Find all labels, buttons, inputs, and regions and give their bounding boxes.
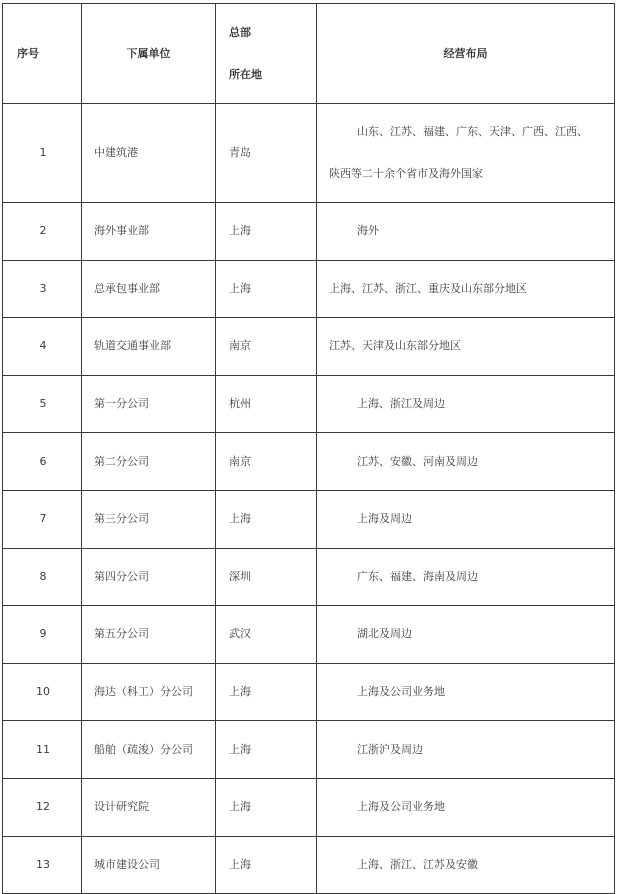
cell-hq: 武汉 <box>216 606 317 664</box>
cell-area: 江苏、安徽、河南及周边 <box>317 433 615 491</box>
index-text: 3 <box>38 282 47 296</box>
header-hq-line2: 所在地 <box>229 68 316 82</box>
table-header-row: 序号 下属单位 总部 所在地 经营布局 <box>3 4 615 104</box>
table-row: 9 第五分公司 武汉 湖北及周边 <box>3 606 615 664</box>
header-hq: 总部 所在地 <box>216 4 317 104</box>
cell-index: 6 <box>3 433 82 491</box>
index-text: 2 <box>38 224 47 238</box>
cell-unit: 海达（科工）分公司 <box>82 663 216 721</box>
cell-index: 1 <box>3 104 82 203</box>
cell-hq: 上海 <box>216 778 317 836</box>
cell-unit: 总承包事业部 <box>82 260 216 318</box>
index-text: 10 <box>34 685 50 699</box>
cell-unit: 中建筑港 <box>82 104 216 203</box>
area-text: 广东、福建、海南及周边 <box>329 570 478 583</box>
index-text: 12 <box>34 800 50 814</box>
cell-hq: 杭州 <box>216 375 317 433</box>
cell-area: 上海及周边 <box>317 490 615 548</box>
cell-unit: 第三分公司 <box>82 490 216 548</box>
cell-unit: 设计研究院 <box>82 778 216 836</box>
area-text: 江苏、天津及山东部分地区 <box>329 339 461 352</box>
cell-index: 7 <box>3 490 82 548</box>
cell-index: 2 <box>3 203 82 261</box>
table-row: 10 海达（科工）分公司 上海 上海及公司业务地 <box>3 663 615 721</box>
cell-unit: 轨道交通事业部 <box>82 318 216 376</box>
area-text: 上海及公司业务地 <box>329 800 445 813</box>
area-text: 江苏、安徽、河南及周边 <box>329 455 478 468</box>
cell-unit: 城市建设公司 <box>82 836 216 894</box>
cell-hq: 上海 <box>216 721 317 779</box>
cell-area: 上海、浙江及周边 <box>317 375 615 433</box>
cell-hq: 上海 <box>216 203 317 261</box>
index-text: 11 <box>34 743 50 757</box>
cell-area: 上海及公司业务地 <box>317 663 615 721</box>
cell-area: 上海、江苏、浙江、重庆及山东部分地区 <box>317 260 615 318</box>
area-text: 江浙沪及周边 <box>329 743 423 756</box>
index-text: 13 <box>34 858 50 872</box>
area-text: 上海、江苏、浙江、重庆及山东部分地区 <box>329 282 527 295</box>
area-text: 湖北及周边 <box>329 627 412 640</box>
table-row: 1 中建筑港 青岛 山东、江苏、福建、广东、天津、广西、江西、 陕西等二十余个省… <box>3 104 615 203</box>
table-row: 7 第三分公司 上海 上海及周边 <box>3 490 615 548</box>
area-text: 上海、浙江及周边 <box>329 397 445 410</box>
cell-unit: 第四分公司 <box>82 548 216 606</box>
cell-index: 9 <box>3 606 82 664</box>
table-row: 3 总承包事业部 上海 上海、江苏、浙江、重庆及山东部分地区 <box>3 260 615 318</box>
area-text: 海外 <box>329 224 379 237</box>
cell-hq: 上海 <box>216 490 317 548</box>
cell-index: 13 <box>3 836 82 894</box>
cell-hq: 上海 <box>216 663 317 721</box>
cell-area: 山东、江苏、福建、广东、天津、广西、江西、 陕西等二十余个省市及海外国家 <box>317 104 615 203</box>
table-row: 5 第一分公司 杭州 上海、浙江及周边 <box>3 375 615 433</box>
area-line2: 陕西等二十余个省市及海外国家 <box>329 167 614 181</box>
cell-index: 3 <box>3 260 82 318</box>
cell-hq: 南京 <box>216 433 317 491</box>
table-row: 11 船舶（疏浚）分公司 上海 江浙沪及周边 <box>3 721 615 779</box>
cell-area: 上海、浙江、江苏及安徽 <box>317 836 615 894</box>
index-text: 7 <box>38 512 47 526</box>
area-text: 上海及周边 <box>329 512 412 525</box>
index-text: 6 <box>38 455 47 469</box>
header-hq-line1: 总部 <box>229 26 316 40</box>
cell-area: 广东、福建、海南及周边 <box>317 548 615 606</box>
cell-index: 12 <box>3 778 82 836</box>
cell-area: 海外 <box>317 203 615 261</box>
cell-hq: 上海 <box>216 836 317 894</box>
table-row: 13 城市建设公司 上海 上海、浙江、江苏及安徽 <box>3 836 615 894</box>
table-row: 6 第二分公司 南京 江苏、安徽、河南及周边 <box>3 433 615 491</box>
subsidiaries-table: 序号 下属单位 总部 所在地 经营布局 1 中建筑港 青岛 山东、江苏、福建、广… <box>2 3 615 894</box>
cell-hq: 上海 <box>216 260 317 318</box>
cell-area: 江苏、天津及山东部分地区 <box>317 318 615 376</box>
cell-index: 11 <box>3 721 82 779</box>
cell-area: 上海及公司业务地 <box>317 778 615 836</box>
cell-area: 江浙沪及周边 <box>317 721 615 779</box>
cell-hq: 南京 <box>216 318 317 376</box>
cell-unit: 第二分公司 <box>82 433 216 491</box>
cell-unit: 第一分公司 <box>82 375 216 433</box>
index-text: 1 <box>38 146 47 160</box>
cell-index: 4 <box>3 318 82 376</box>
header-unit: 下属单位 <box>82 4 216 104</box>
header-index: 序号 <box>3 4 82 104</box>
cell-hq: 深圳 <box>216 548 317 606</box>
cell-index: 10 <box>3 663 82 721</box>
area-text: 上海及公司业务地 <box>329 685 445 698</box>
index-text: 8 <box>38 570 47 584</box>
table-row: 8 第四分公司 深圳 广东、福建、海南及周边 <box>3 548 615 606</box>
cell-index: 8 <box>3 548 82 606</box>
table-row: 12 设计研究院 上海 上海及公司业务地 <box>3 778 615 836</box>
area-line1: 山东、江苏、福建、广东、天津、广西、江西、 <box>329 125 614 139</box>
index-text: 4 <box>38 339 47 353</box>
cell-unit: 第五分公司 <box>82 606 216 664</box>
cell-hq: 青岛 <box>216 104 317 203</box>
area-text: 上海、浙江、江苏及安徽 <box>329 858 478 871</box>
table-row: 4 轨道交通事业部 南京 江苏、天津及山东部分地区 <box>3 318 615 376</box>
cell-unit: 船舶（疏浚）分公司 <box>82 721 216 779</box>
cell-area: 湖北及周边 <box>317 606 615 664</box>
cell-index: 5 <box>3 375 82 433</box>
table-row: 2 海外事业部 上海 海外 <box>3 203 615 261</box>
header-area: 经营布局 <box>317 4 615 104</box>
index-text: 5 <box>38 397 47 411</box>
cell-unit: 海外事业部 <box>82 203 216 261</box>
index-text: 9 <box>38 627 47 641</box>
